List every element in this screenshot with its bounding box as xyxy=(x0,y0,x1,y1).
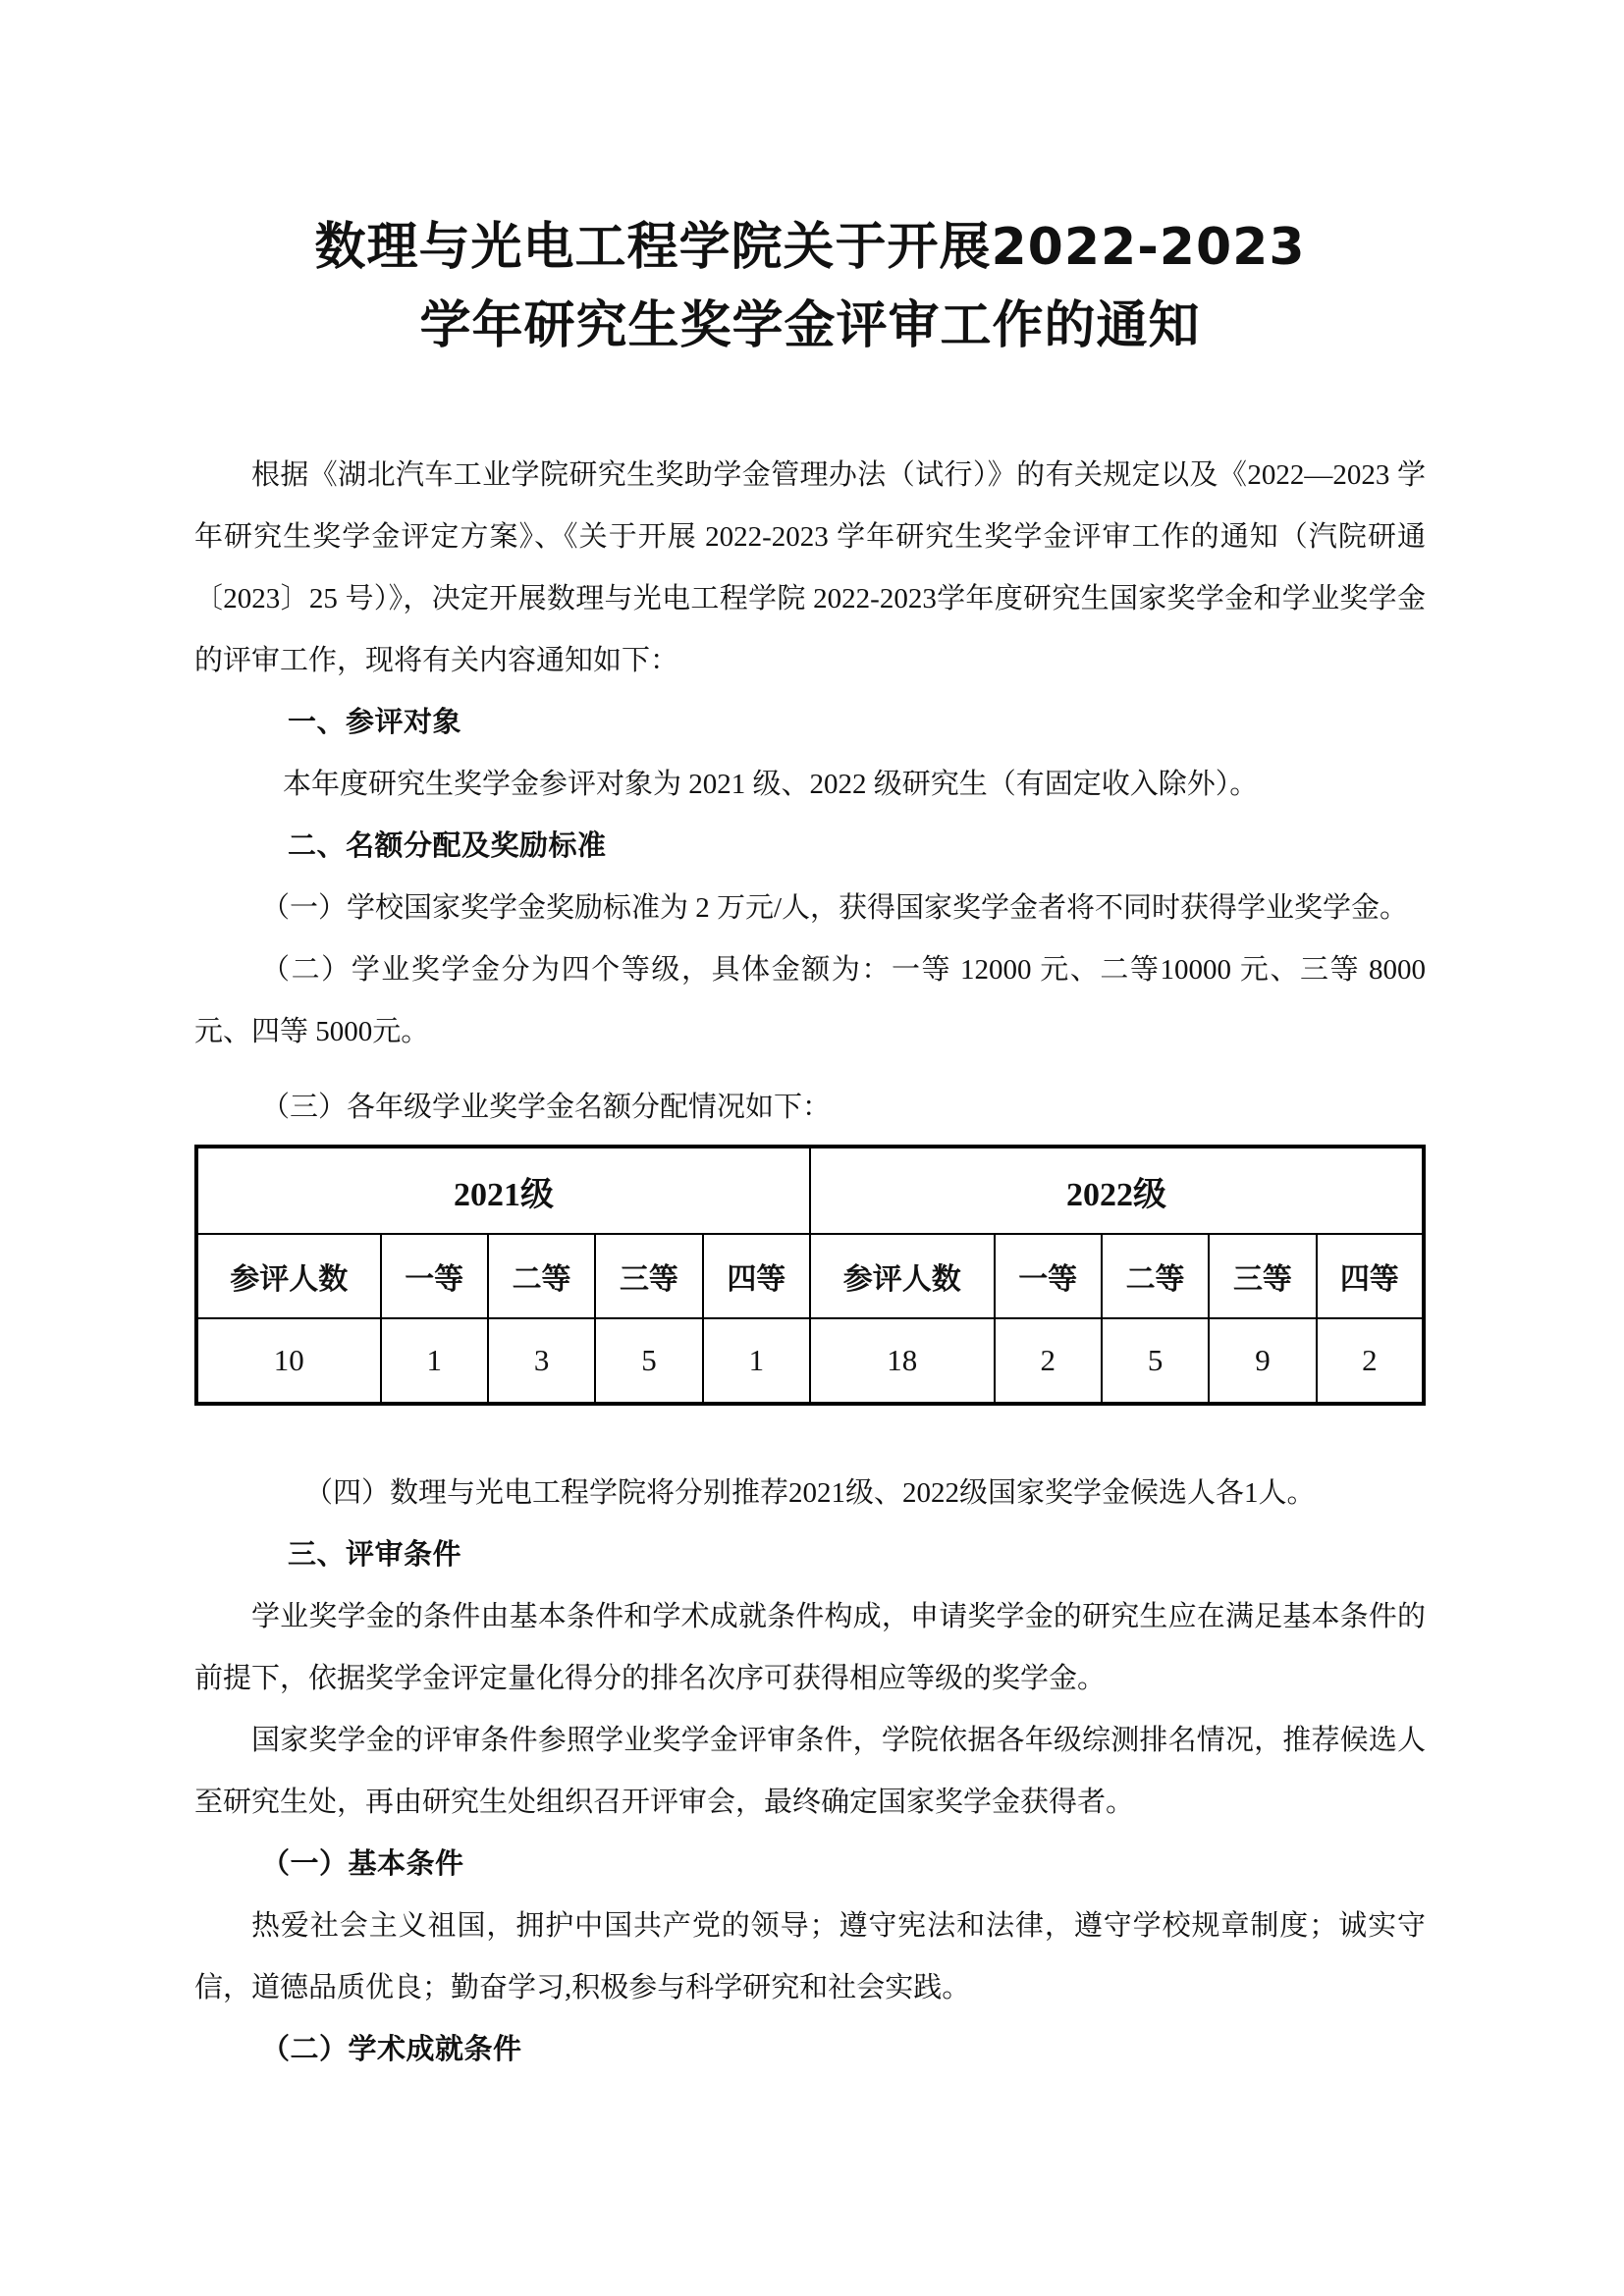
item4-national-candidates: （四）数理与光电工程学院将分别推荐2021级、2022级国家奖学金候选人各1人。 xyxy=(194,1463,1426,1524)
col-header-participants-2022: 参评人数 xyxy=(810,1234,995,1318)
section1-text: 本年度研究生奖学金参评对象为 2021 级、2022 级研究生（有固定收入除外）… xyxy=(194,754,1426,816)
col-header-third-2022: 三等 xyxy=(1209,1234,1316,1318)
title-year-range: 2022-2023 xyxy=(991,218,1305,277)
notice-document: 数理与光电工程学院关于开展2022-2023 学年研究生奖学金评审工作的通知 根… xyxy=(0,0,1624,2296)
sub2-heading-academic-achievement: （二）学术成就条件 xyxy=(194,2019,1426,2081)
value-first-2022: 2 xyxy=(995,1318,1102,1404)
col-header-first-2022: 一等 xyxy=(995,1234,1102,1318)
section2-heading: 二、名额分配及奖励标准 xyxy=(194,816,1426,878)
col-header-first-2021: 一等 xyxy=(381,1234,488,1318)
col-header-fourth-2022: 四等 xyxy=(1317,1234,1424,1318)
col-header-third-2021: 三等 xyxy=(595,1234,702,1318)
quota-table-wrapper: 2021级 2022级 参评人数 一等 二等 三等 四等 参评人数 一等 二等 … xyxy=(194,1145,1426,1406)
section3-heading: 三、评审条件 xyxy=(194,1524,1426,1586)
item2-academic-scholarship-levels: （二）学业奖学金分为四个等级，具体金额为：一等 12000 元、二等10000 … xyxy=(194,939,1426,1063)
value-participants-2021: 10 xyxy=(196,1318,381,1404)
section1-heading: 一、参评对象 xyxy=(194,692,1426,754)
intro-paragraph: 根据《湖北汽车工业学院研究生奖助学金管理办法（试行）》的有关规定以及《2022—… xyxy=(194,445,1426,692)
item3-quota-intro: （三）各年级学业奖学金名额分配情况如下： xyxy=(194,1077,1426,1139)
value-fourth-2022: 2 xyxy=(1317,1318,1424,1404)
col-header-second-2021: 二等 xyxy=(488,1234,595,1318)
title-line1: 数理与光电工程学院关于开展2022-2023 xyxy=(314,220,1305,276)
section3-paragraph2: 国家奖学金的评审条件参照学业奖学金评审条件，学院依据各年级综测排名情况，推荐候选… xyxy=(194,1710,1426,1834)
value-fourth-2021: 1 xyxy=(703,1318,810,1404)
col-header-fourth-2021: 四等 xyxy=(703,1234,810,1318)
value-third-2022: 9 xyxy=(1209,1318,1316,1404)
value-first-2021: 1 xyxy=(381,1318,488,1404)
value-participants-2022: 18 xyxy=(810,1318,995,1404)
title-line2: 学年研究生奖学金评审工作的通知 xyxy=(419,298,1200,354)
page-title: 数理与光电工程学院关于开展2022-2023 学年研究生奖学金评审工作的通知 xyxy=(194,208,1426,366)
col-header-second-2022: 二等 xyxy=(1102,1234,1209,1318)
table-group-row: 2021级 2022级 xyxy=(196,1147,1424,1234)
value-second-2022: 5 xyxy=(1102,1318,1209,1404)
col-header-participants-2021: 参评人数 xyxy=(196,1234,381,1318)
value-third-2021: 5 xyxy=(595,1318,702,1404)
table-header-row: 参评人数 一等 二等 三等 四等 参评人数 一等 二等 三等 四等 xyxy=(196,1234,1424,1318)
title-line1-text: 数理与光电工程学院关于开展 xyxy=(314,220,991,276)
sub1-text-basic-conditions: 热爱社会主义祖国，拥护中国共产党的领导；遵守宪法和法律，遵守学校规章制度；诚实守… xyxy=(194,1896,1426,2019)
item1-national-scholarship: （一）学校国家奖学金奖励标准为 2 万元/人，获得国家奖学金者将不同时获得学业奖… xyxy=(194,878,1426,939)
section3-paragraph1: 学业奖学金的条件由基本条件和学术成就条件构成，申请奖学金的研究生应在满足基本条件… xyxy=(194,1586,1426,1710)
table-value-row: 10 1 3 5 1 18 2 5 9 2 xyxy=(196,1318,1424,1404)
value-second-2021: 3 xyxy=(488,1318,595,1404)
document-page: { "page": { "background": "#ffffff", "te… xyxy=(0,0,1624,2296)
group-header-2021: 2021级 xyxy=(196,1147,810,1234)
group-header-2022: 2022级 xyxy=(810,1147,1424,1234)
quota-table: 2021级 2022级 参评人数 一等 二等 三等 四等 参评人数 一等 二等 … xyxy=(194,1145,1426,1406)
sub1-heading-basic-conditions: （一）基本条件 xyxy=(194,1834,1426,1896)
